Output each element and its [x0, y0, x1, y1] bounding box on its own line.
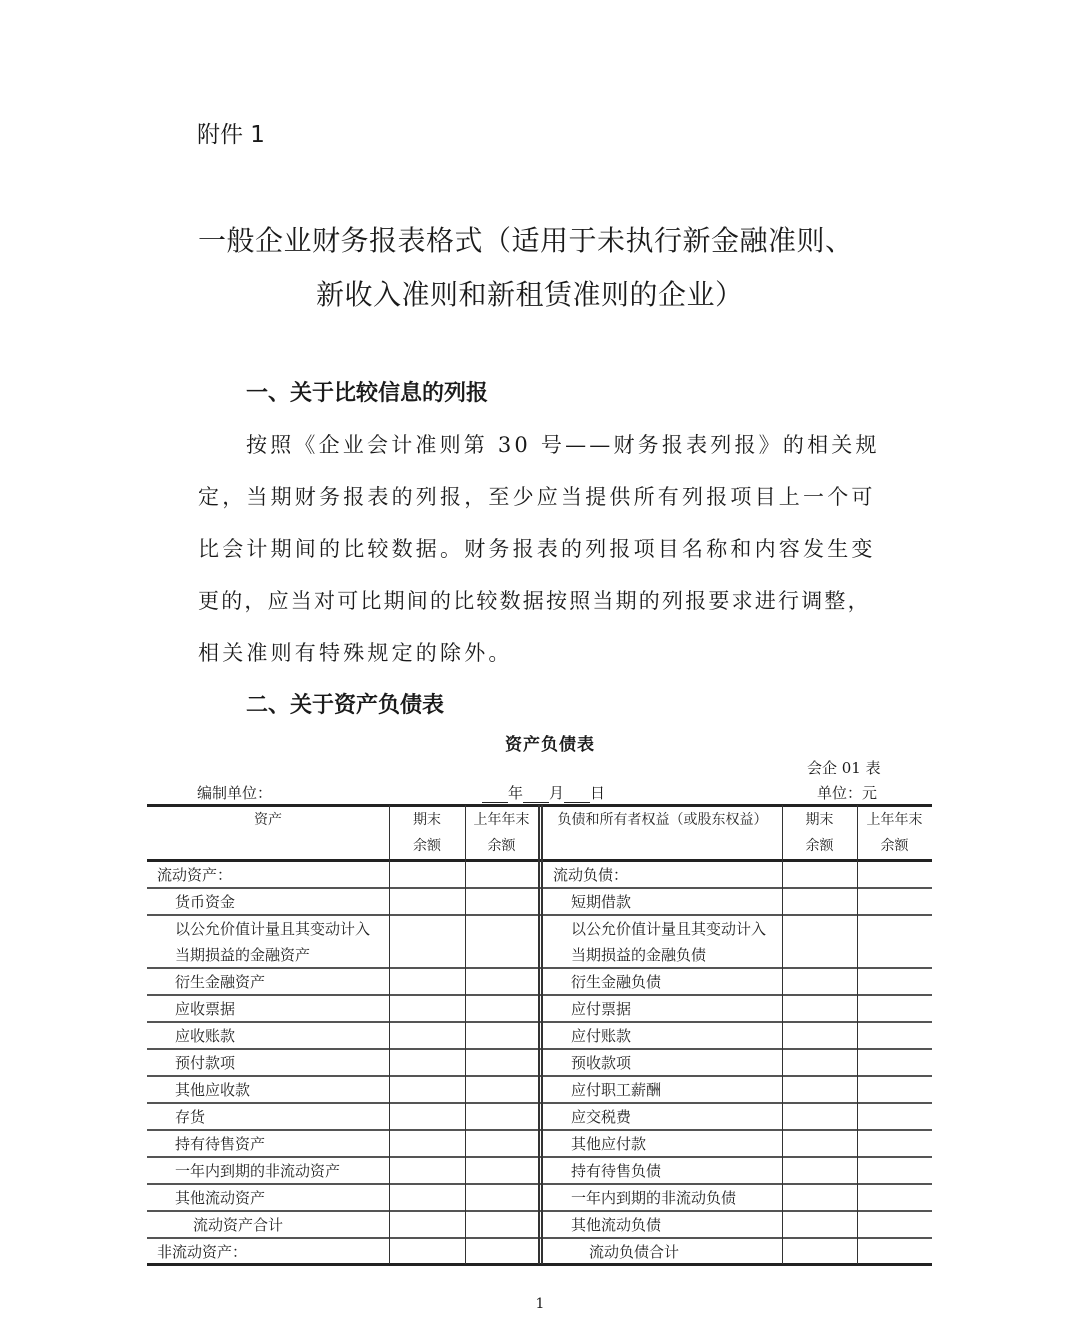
month-blank [523, 788, 549, 803]
asset-row-label: 当期损益的金融资产 [175, 944, 310, 965]
header-period-end: 余额 [389, 833, 465, 859]
header-prior-year-end-right: 上年年末 [857, 807, 932, 833]
section-1-heading: 一、关于比较信息的列报 [246, 376, 488, 407]
liability-row-label: 流动负债合计 [589, 1241, 679, 1262]
asset-row-label: 应收票据 [175, 998, 235, 1019]
asset-row-label: 流动资产合计 [193, 1214, 283, 1235]
liability-row-label: 其他流动负债 [571, 1214, 661, 1235]
report-date: 年月日 [482, 782, 605, 803]
asset-row-label: 一年内到期的非流动资产 [175, 1160, 340, 1181]
asset-row-label: 其他应收款 [175, 1079, 250, 1100]
header-prior-year-end: 上年年末 [465, 807, 538, 833]
table-column-divider [465, 805, 466, 1264]
liability-row-label: 流动负债： [553, 864, 628, 885]
document-title-line-1: 一般企业财务报表格式（适用于未执行新金融准则、 [198, 219, 854, 259]
paragraph-line: 更的，应当对可比期间的比较数据按照当期的列报要求进行调整， [198, 585, 871, 615]
header-liabilities-equity: 负债和所有者权益（或股东权益） [543, 807, 782, 833]
liability-row-label: 当期损益的金融负债 [571, 944, 706, 965]
header-period-end-right: 期末 [782, 807, 857, 833]
section-2-heading: 二、关于资产负债表 [246, 688, 444, 719]
paragraph-line: 按照《企业会计准则第 30 号——财务报表列报》的相关规 [246, 429, 880, 459]
liability-row-label: 衍生金融负债 [571, 971, 661, 992]
paragraph-line: 相关准则有特殊规定的除外。 [198, 637, 513, 667]
liability-row-label: 预收款项 [571, 1052, 631, 1073]
header-assets: 资产 [147, 807, 389, 833]
day-label: 日 [590, 784, 605, 802]
year-label: 年 [508, 784, 523, 802]
table-column-divider [857, 805, 858, 1264]
page-number: 1 [0, 1296, 1080, 1312]
form-code: 会企 01 表 [807, 757, 881, 778]
document-title-line-2: 新收入准则和新租赁准则的企业） [316, 273, 744, 313]
paragraph-line: 比会计期间的比较数据。财务报表的列报项目名称和内容发生变 [198, 533, 876, 563]
asset-row-label: 以公允价值计量且其变动计入 [175, 918, 370, 939]
asset-row-label: 非流动资产： [157, 1241, 247, 1262]
header-period-end: 期末 [389, 807, 465, 833]
table-column-divider [782, 805, 783, 1264]
liability-row-label: 应交税费 [571, 1106, 631, 1127]
liability-row-label: 持有待售负债 [571, 1160, 661, 1181]
header-prior-year-end: 余额 [465, 833, 538, 859]
liability-row-label: 应付票据 [571, 998, 631, 1019]
liability-row-label: 应付职工薪酬 [571, 1079, 661, 1100]
asset-row-label: 持有待售资产 [175, 1133, 265, 1154]
header-prior-year-end-right: 余额 [857, 833, 932, 859]
table-column-divider [541, 805, 543, 1264]
unit-label: 单位：元 [817, 782, 877, 803]
year-blank [482, 788, 508, 803]
day-blank [564, 788, 590, 803]
table-column-divider [389, 805, 390, 1264]
asset-row-label: 货币资金 [175, 891, 235, 912]
liability-row-label: 以公允价值计量且其变动计入 [571, 918, 766, 939]
table-column-divider [538, 805, 540, 1264]
liability-row-label: 短期借款 [571, 891, 631, 912]
asset-row-label: 预付款项 [175, 1052, 235, 1073]
paragraph-line: 定，当期财务报表的列报，至少应当提供所有列报项目上一个可 [198, 481, 876, 511]
asset-row-label: 流动资产： [157, 864, 232, 885]
attachment-label: 附件 1 [197, 116, 265, 149]
prepared-by-label: 编制单位： [197, 782, 272, 803]
asset-row-label: 应收账款 [175, 1025, 235, 1046]
asset-row-label: 衍生金融资产 [175, 971, 265, 992]
liability-row-label: 其他应付款 [571, 1133, 646, 1154]
liability-row-label: 应付账款 [571, 1025, 631, 1046]
balance-sheet-title: 资产负债表 [0, 730, 1080, 755]
asset-row-label: 其他流动资产 [175, 1187, 265, 1208]
asset-row-label: 存货 [175, 1106, 205, 1127]
liability-row-label: 一年内到期的非流动负债 [571, 1187, 736, 1208]
header-period-end-right: 余额 [782, 833, 857, 859]
month-label: 月 [549, 784, 564, 802]
